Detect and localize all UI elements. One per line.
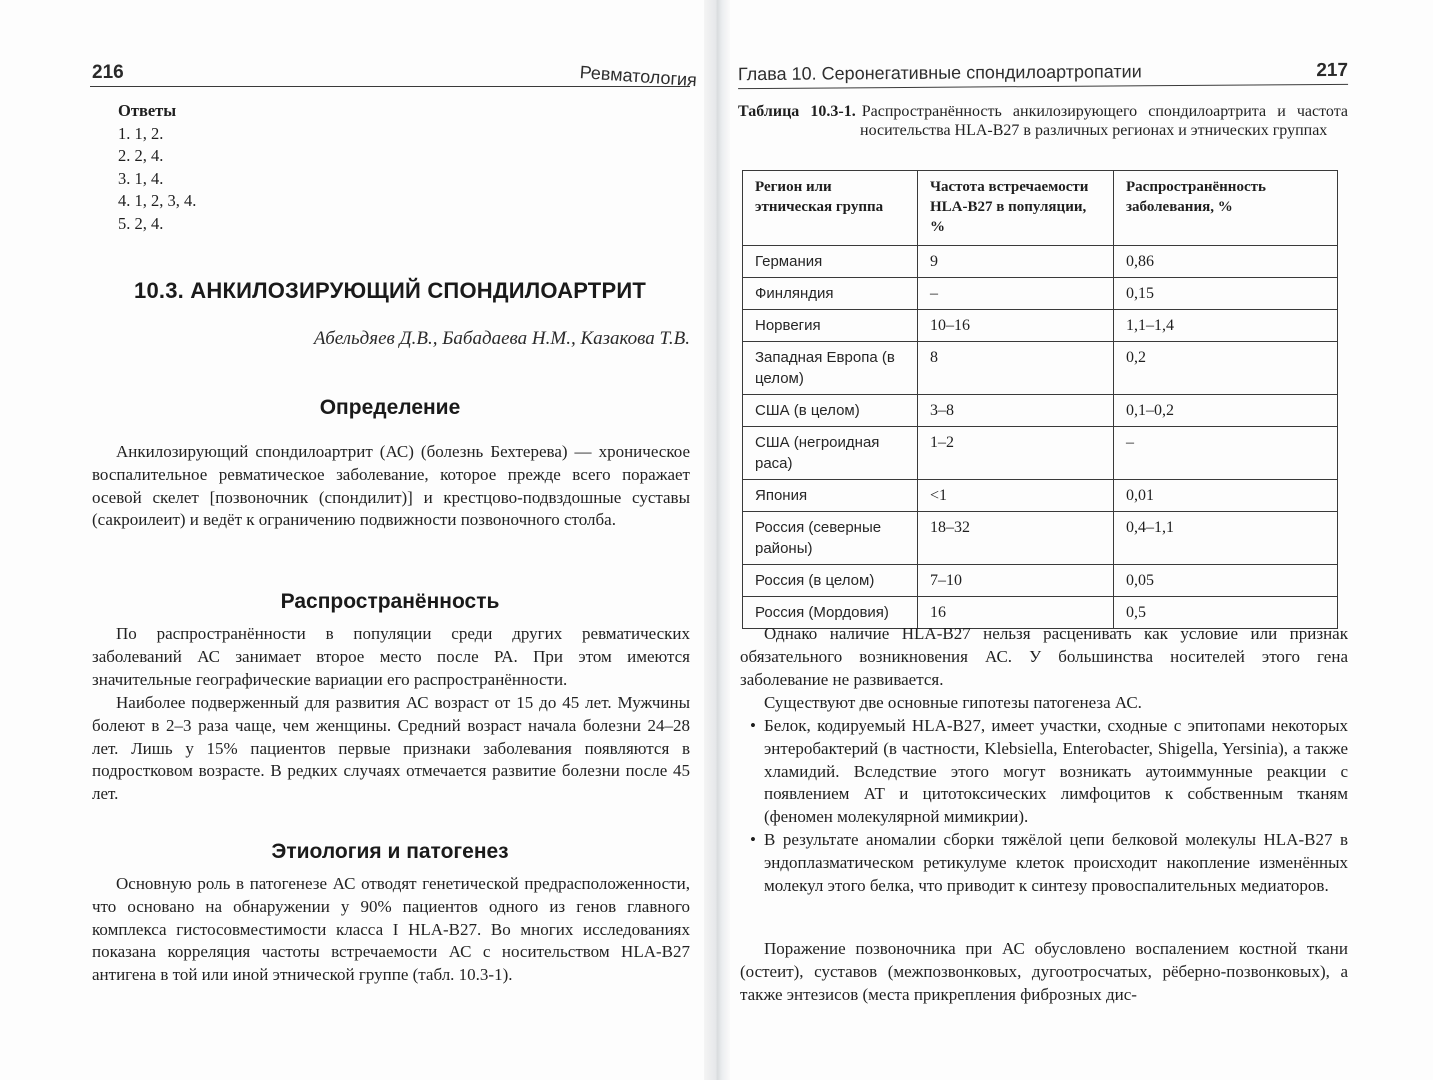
cell-region: Норвегия xyxy=(743,310,918,342)
page-number: 216 xyxy=(92,62,124,84)
cell-region: Россия (в целом) xyxy=(743,565,918,597)
cell-hla-b27-frequency: 7–10 xyxy=(918,565,1114,597)
table-caption-text: Распространённость анкилозирующего спонд… xyxy=(860,103,1348,139)
cell-disease-prevalence: 0,05 xyxy=(1114,565,1338,597)
cell-disease-prevalence: 0,15 xyxy=(1114,278,1338,310)
paragraph-etiology: Основную роль в патогенезе АС отводят ге… xyxy=(92,873,690,987)
answer-item: 1. 1, 2. xyxy=(118,123,196,146)
list-item: Белок, кодируемый HLA-B27, имеет участки… xyxy=(752,715,1348,829)
column-header: Распространённость заболевания, % xyxy=(1114,171,1338,246)
answer-item: 5. 2, 4. xyxy=(118,213,196,236)
cell-region: Россия (северные районы) xyxy=(743,512,918,565)
paragraph-hypotheses: Существуют две основные гипотезы патоген… xyxy=(740,692,1348,715)
hypotheses-list: Белок, кодируемый HLA-B27, имеет участки… xyxy=(752,715,1348,897)
cell-hla-b27-frequency: 9 xyxy=(918,246,1114,278)
cell-hla-b27-frequency: <1 xyxy=(918,480,1114,512)
running-title: Ревматология xyxy=(579,62,698,91)
table-label: Таблица 10.3-1. xyxy=(738,103,856,120)
column-header: Регион или этническая группа xyxy=(743,171,918,246)
answer-item: 4. 1, 2, 3, 4. xyxy=(118,190,196,213)
cell-disease-prevalence: 0,4–1,1 xyxy=(1114,512,1338,565)
right-page: Глава 10. Серонегативные спондилоартропа… xyxy=(738,0,1348,1080)
cell-region: Финляндия xyxy=(743,278,918,310)
cell-disease-prevalence: 0,1–0,2 xyxy=(1114,395,1338,427)
book-gutter xyxy=(704,0,730,1080)
table-caption: Таблица 10.3-1.Распространённость анкило… xyxy=(738,102,1348,140)
cell-hla-b27-frequency: – xyxy=(918,278,1114,310)
heading-etiology: Этиология и патогенез xyxy=(90,840,690,864)
table-row: Россия (северные районы)18–320,4–1,1 xyxy=(743,512,1338,565)
cell-region: Германия xyxy=(743,246,918,278)
heading-prevalence: Распространённость xyxy=(90,590,690,614)
cell-region: США (негроидная раса) xyxy=(743,427,918,480)
paragraph-hla-b27: Однако наличие HLA-B27 нельзя расцениват… xyxy=(740,623,1348,691)
table-header-row: Регион или этническая группа Частота вст… xyxy=(743,171,1338,246)
left-page: 216 Ревматология Ответы 1. 1, 2. 2. 2, 4… xyxy=(90,0,690,1080)
cell-region: Западная Европа (в целом) xyxy=(743,342,918,395)
cell-hla-b27-frequency: 1–2 xyxy=(918,427,1114,480)
answer-item: 3. 1, 4. xyxy=(118,168,196,191)
cell-region: Япония xyxy=(743,480,918,512)
cell-hla-b27-frequency: 3–8 xyxy=(918,395,1114,427)
cell-disease-prevalence: 0,86 xyxy=(1114,246,1338,278)
cell-disease-prevalence: – xyxy=(1114,427,1338,480)
cell-region: США (в целом) xyxy=(743,395,918,427)
running-header-left: 216 Ревматология xyxy=(90,62,690,87)
table-row: США (негроидная раса)1–2– xyxy=(743,427,1338,480)
running-title: Глава 10. Серонегативные спондилоартропа… xyxy=(738,61,1142,85)
answers-block: Ответы 1. 1, 2. 2. 2, 4. 3. 1, 4. 4. 1, … xyxy=(118,100,196,235)
book-spread: 216 Ревматология Ответы 1. 1, 2. 2. 2, 4… xyxy=(0,0,1433,1080)
section-title: 10.3. АНКИЛОЗИРУЮЩИЙ СПОНДИЛОАРТРИТ xyxy=(90,278,690,304)
table-row: Япония<10,01 xyxy=(743,480,1338,512)
cell-hla-b27-frequency: 8 xyxy=(918,342,1114,395)
table-row: США (в целом)3–80,1–0,2 xyxy=(743,395,1338,427)
paragraph-spine: Поражение позвоночника при АС обусловлен… xyxy=(740,938,1348,1006)
heading-definition: Определение xyxy=(90,396,690,420)
paragraph-definition: Анкилозирующий спондилоартрит (АС) (боле… xyxy=(92,441,690,532)
column-header: Частота встречаемости HLA-B27 в популяци… xyxy=(918,171,1114,246)
cell-disease-prevalence: 0,2 xyxy=(1114,342,1338,395)
authors: Абельдяев Д.В., Бабадаева Н.М., Казакова… xyxy=(314,328,690,350)
table-row: Россия (в целом)7–100,05 xyxy=(743,565,1338,597)
table-row: Норвегия10–161,1–1,4 xyxy=(743,310,1338,342)
cell-hla-b27-frequency: 18–32 xyxy=(918,512,1114,565)
paragraph-prevalence-1: По распространённости в популяции среди … xyxy=(92,623,690,691)
table-row: Германия90,86 xyxy=(743,246,1338,278)
cell-disease-prevalence: 0,01 xyxy=(1114,480,1338,512)
table-row: Западная Европа (в целом)80,2 xyxy=(743,342,1338,395)
list-item: В результате аномалии сборки тяжёлой цеп… xyxy=(752,829,1348,897)
table-row: Финляндия–0,15 xyxy=(743,278,1338,310)
running-header-right: Глава 10. Серонегативные спондилоартропа… xyxy=(738,60,1348,89)
paragraph-prevalence-2: Наиболее подверженный для развития АС во… xyxy=(92,692,690,806)
answers-title: Ответы xyxy=(118,100,196,123)
page-number: 217 xyxy=(1316,60,1348,82)
answer-item: 2. 2, 4. xyxy=(118,145,196,168)
prevalence-table: Регион или этническая группа Частота вст… xyxy=(742,170,1338,629)
cell-disease-prevalence: 1,1–1,4 xyxy=(1114,310,1338,342)
cell-hla-b27-frequency: 10–16 xyxy=(918,310,1114,342)
